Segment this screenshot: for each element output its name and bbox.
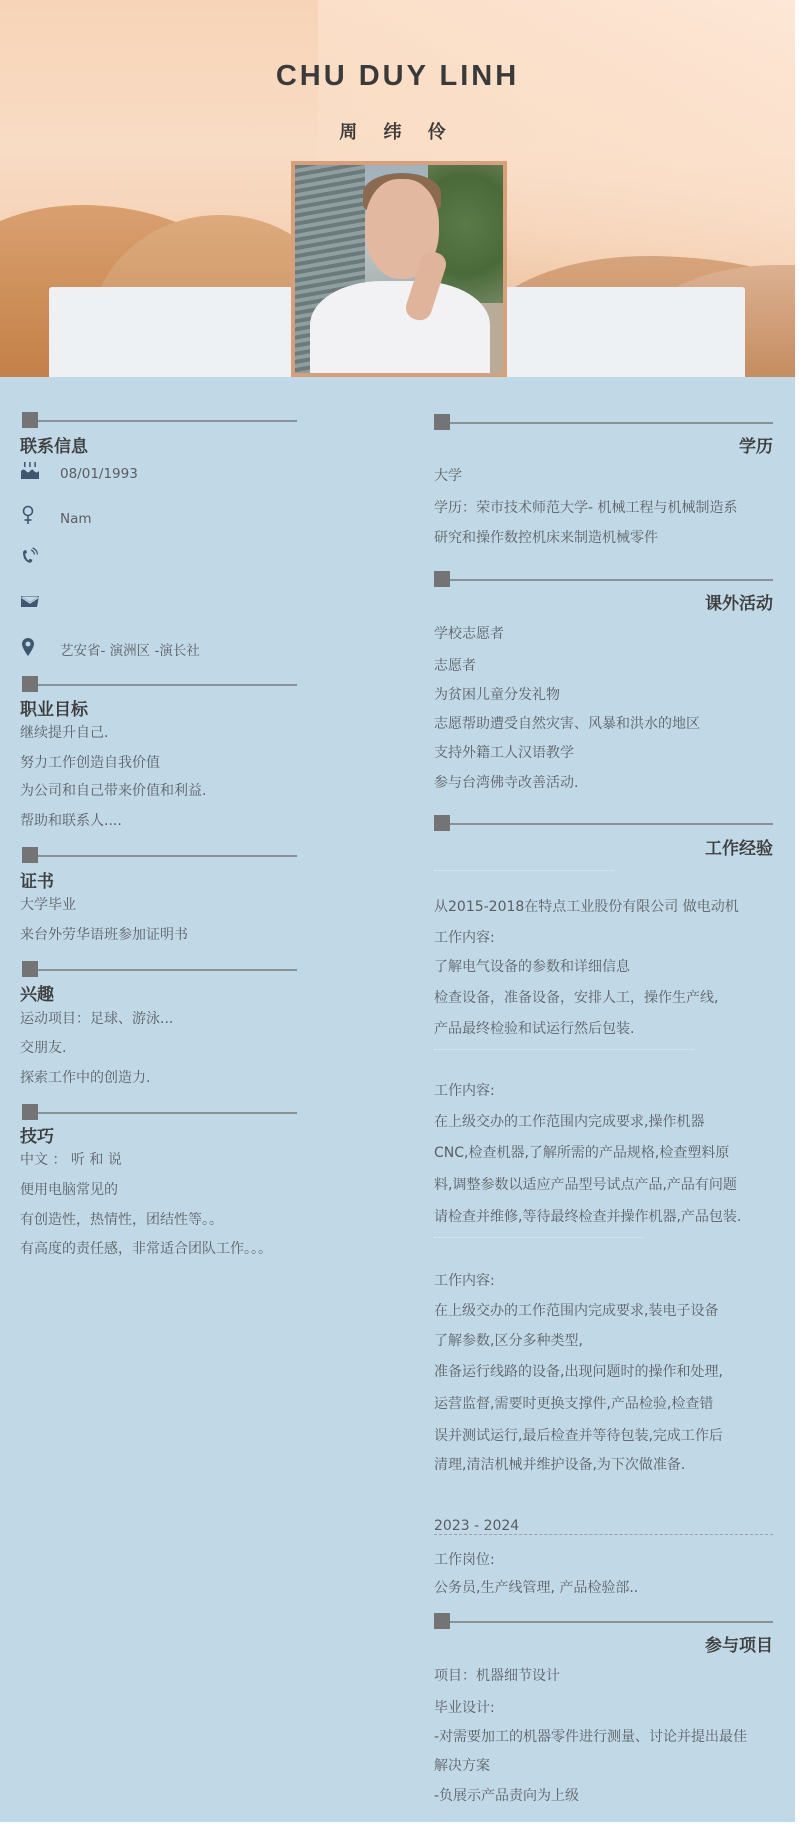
section-divider <box>22 676 297 692</box>
activity-line: 学校志愿者 <box>434 625 504 643</box>
experience-line: 产品最终检验和试运行然后包装. <box>434 1020 634 1038</box>
experience-line: 运营监督,需要时更换支撑件,产品检验,检查错 <box>434 1395 713 1413</box>
section-title-contact: 联系信息 <box>20 432 88 457</box>
section-divider <box>22 1104 297 1120</box>
activity-line: 参与台湾佛寺改善活动. <box>434 774 578 792</box>
header-banner: CHU DUY LINH 周 纬 伶 <box>0 0 795 377</box>
experience-line: 料,调整参数以适应产品型号试点产品,产品有问题 <box>434 1176 737 1194</box>
section-title-activities: 课外活动 <box>434 589 773 614</box>
birthday-cake-icon <box>20 461 40 481</box>
education-line: 学历：荣市技术师范大学- 机械工程与机械制造系 <box>434 499 738 517</box>
section-divider <box>434 815 773 831</box>
education-line: 大学 <box>434 467 462 485</box>
map-marker-icon <box>20 637 40 657</box>
section-divider <box>22 961 297 977</box>
experience-line: 清理,清洁机械并维护设备,为下次做准备. <box>434 1456 685 1474</box>
experience-line: 了解参数,区分多种类型, <box>434 1332 583 1350</box>
experience-line: 工作内容: <box>434 929 495 947</box>
education-line: 研究和操作数控机床来制造机械零件 <box>434 529 658 547</box>
section-divider <box>434 571 773 587</box>
resume-page: CHU DUY LINH 周 纬 伶 联系信息 08/01/1993 <box>0 0 795 1822</box>
experience-line: 误并测试运行,最后检查并等待包装,完成工作后 <box>434 1427 723 1445</box>
section-divider <box>22 847 297 863</box>
section-title-projects: 参与项目 <box>434 1631 773 1656</box>
profile-photo-frame <box>291 161 507 377</box>
experience-line: 请检查并维修,等待最终检查并操作机器,产品包装. <box>434 1208 741 1226</box>
section-title-experience: 工作经验 <box>434 834 773 859</box>
interest-line: 运动项目：足球、游泳... <box>20 1010 173 1028</box>
interest-line: 交朋友. <box>20 1039 66 1057</box>
redacted-text <box>434 1049 694 1053</box>
section-title-interests: 兴趣 <box>20 980 54 1005</box>
contact-address: 艺安省- 演洲区 -演长社 <box>60 642 200 660</box>
experience-line: 工作内容: <box>434 1272 495 1290</box>
section-divider <box>434 1613 773 1629</box>
section-title-education: 学历 <box>434 432 773 457</box>
gender-icon <box>20 505 40 525</box>
skill-line: 中文 ： 听 和 说 <box>20 1151 122 1169</box>
certificate-line: 来台外劳华语班参加证明书 <box>20 926 188 944</box>
objective-line: 为公司和自己带来价值和利益. <box>20 782 206 800</box>
project-line: 毕业设计: <box>434 1699 495 1717</box>
skill-line: 有创造性，热情性，团结性等。。 <box>20 1211 223 1229</box>
experience-line: 准备运行线路的设备,出现问题时的操作和处理, <box>434 1363 723 1381</box>
section-title-objective: 职业目标 <box>20 695 88 720</box>
redacted-text <box>434 1237 644 1241</box>
section-title-certificates: 证书 <box>20 867 54 892</box>
objective-line: 继续提升自己. <box>20 724 108 742</box>
skill-line: 有高度的责任感，非常适合团队工作。。。 <box>20 1240 272 1258</box>
experience-position-label: 工作岗位: <box>434 1551 495 1569</box>
certificate-line: 大学毕业 <box>20 896 76 914</box>
experience-period: 2023 - 2024 <box>434 1517 519 1535</box>
redacted-text <box>434 870 614 874</box>
project-line: 项目：机器细节设计 <box>434 1667 560 1685</box>
section-divider <box>434 414 773 430</box>
activity-line: 志愿者 <box>434 657 476 675</box>
activity-line: 志愿帮助遭受自然灾害、风暴和洪水的地区 <box>434 715 700 733</box>
header-panel-left <box>49 287 291 377</box>
experience-position: 公务员,生产线管理, 产品检验部.. <box>434 1579 638 1597</box>
interest-line: 探索工作中的创造力. <box>20 1069 150 1087</box>
activity-line: 为贫困儿童分发礼物 <box>434 686 560 704</box>
skill-line: 便用电脑常见的 <box>20 1181 118 1199</box>
dashed-divider <box>434 1534 773 1535</box>
project-line: -负展示产品责向为上级 <box>434 1787 579 1805</box>
activity-line: 支持外籍工人汉语教学 <box>434 744 574 762</box>
experience-line: 从2015-2018在特点工业股份有限公司 做电动机 <box>434 898 739 916</box>
experience-line: 在上级交办的工作范围内完成要求,装电子设备 <box>434 1302 718 1320</box>
profile-photo <box>295 165 503 373</box>
project-line: -对需要加工的机器零件进行测量、讨论并提出最佳 <box>434 1728 747 1746</box>
objective-line: 努力工作创造自我价值 <box>20 754 160 772</box>
experience-line: 了解电气设备的参数和详细信息 <box>434 958 630 976</box>
section-title-skills: 技巧 <box>20 1122 54 1147</box>
experience-line: 检查设备，准备设备，安排人工，操作生产线, <box>434 989 718 1007</box>
candidate-name: CHU DUY LINH <box>0 60 795 93</box>
header-panel-right <box>506 287 745 377</box>
contact-dob: 08/01/1993 <box>60 465 138 483</box>
section-divider <box>22 412 297 428</box>
phone-icon <box>20 547 40 567</box>
experience-line: 工作内容: <box>434 1082 495 1100</box>
envelope-icon <box>20 591 40 611</box>
project-line: 解决方案 <box>434 1757 490 1775</box>
objective-line: 帮助和联系人.... <box>20 812 122 830</box>
contact-gender: Nam <box>60 510 92 528</box>
experience-line: 在上级交办的工作范围内完成要求,操作机器 <box>434 1113 704 1131</box>
candidate-chinese-name: 周 纬 伶 <box>0 118 795 144</box>
experience-line: CNC,检查机器,了解所需的产品规格,检查塑料原 <box>434 1144 729 1162</box>
